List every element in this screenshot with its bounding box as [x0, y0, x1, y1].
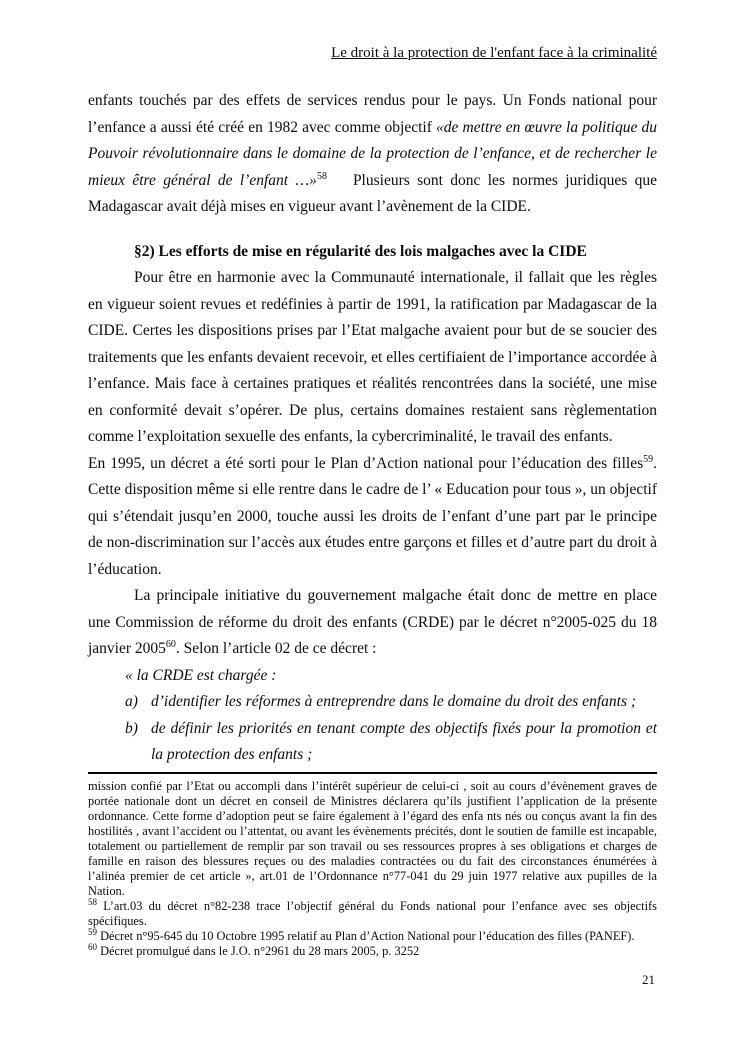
page-content: Le droit à la protection de l'enfant fac…: [0, 0, 745, 769]
section-heading: §2) Les efforts de mise en régularité de…: [134, 239, 657, 266]
footnote-58: 58 L’art.03 du décret n°82-238 trace l’o…: [88, 899, 657, 929]
footnote-section: mission confié par l’Etat ou accompli da…: [88, 772, 657, 959]
document-page: Le droit à la protection de l'enfant fac…: [0, 0, 745, 1053]
running-header-text: Le droit à la protection de l'enfant fac…: [331, 45, 657, 61]
footnote-number-58: 58: [88, 897, 97, 907]
paragraph-text: . Cette disposition même si elle rentre …: [88, 455, 657, 578]
list-marker: b): [125, 716, 151, 769]
footnote-59: 59 Décret n°95-645 du 10 Octobre 1995 re…: [88, 929, 657, 944]
paragraph-fonds-national: enfants touchés par des effets de servic…: [88, 88, 657, 221]
paragraph-crde: La principale initiative du gouvernement…: [88, 583, 657, 663]
paragraph-text: . Selon l’article 02 de ce décret :: [176, 640, 377, 657]
list-item-text: de définir les priorités en tenant compt…: [151, 716, 657, 769]
list-marker: a): [125, 689, 151, 716]
footnote-reference-58: 58: [317, 170, 327, 181]
quote-list: a) d’identifier les réformes à entrepren…: [88, 689, 657, 769]
paragraph-harmonie-cide: Pour être en harmonie avec la Communauté…: [88, 265, 657, 451]
footnote-text: L’art.03 du décret n°82-238 trace l’obje…: [88, 899, 657, 928]
footnote-60: 60 Décret promulgué dans le J.O. n°2961 …: [88, 944, 657, 959]
paragraph-text: En 1995, un décret a été sorti pour le P…: [88, 455, 643, 472]
footnote-text: Décret promulgué dans le J.O. n°2961 du …: [97, 944, 419, 958]
page-number: 21: [642, 972, 655, 988]
footnote-continuation: mission confié par l’Etat ou accompli da…: [88, 779, 657, 899]
list-item-text: d’identifier les réformes à entreprendre…: [151, 689, 657, 716]
quote-intro: « la CRDE est chargée :: [125, 663, 657, 690]
footnote-text: Décret n°95-645 du 10 Octobre 1995 relat…: [97, 929, 635, 943]
list-item-b: b) de définir les priorités en tenant co…: [125, 716, 657, 769]
footnote-reference-59: 59: [643, 453, 653, 464]
footnote-number-60: 60: [88, 942, 97, 952]
footnote-number-59: 59: [88, 927, 97, 937]
list-item-a: a) d’identifier les réformes à entrepren…: [125, 689, 657, 716]
running-header: Le droit à la protection de l'enfant fac…: [88, 44, 657, 62]
paragraph-decret-1995: En 1995, un décret a été sorti pour le P…: [88, 451, 657, 584]
footnote-reference-60: 60: [166, 639, 176, 650]
